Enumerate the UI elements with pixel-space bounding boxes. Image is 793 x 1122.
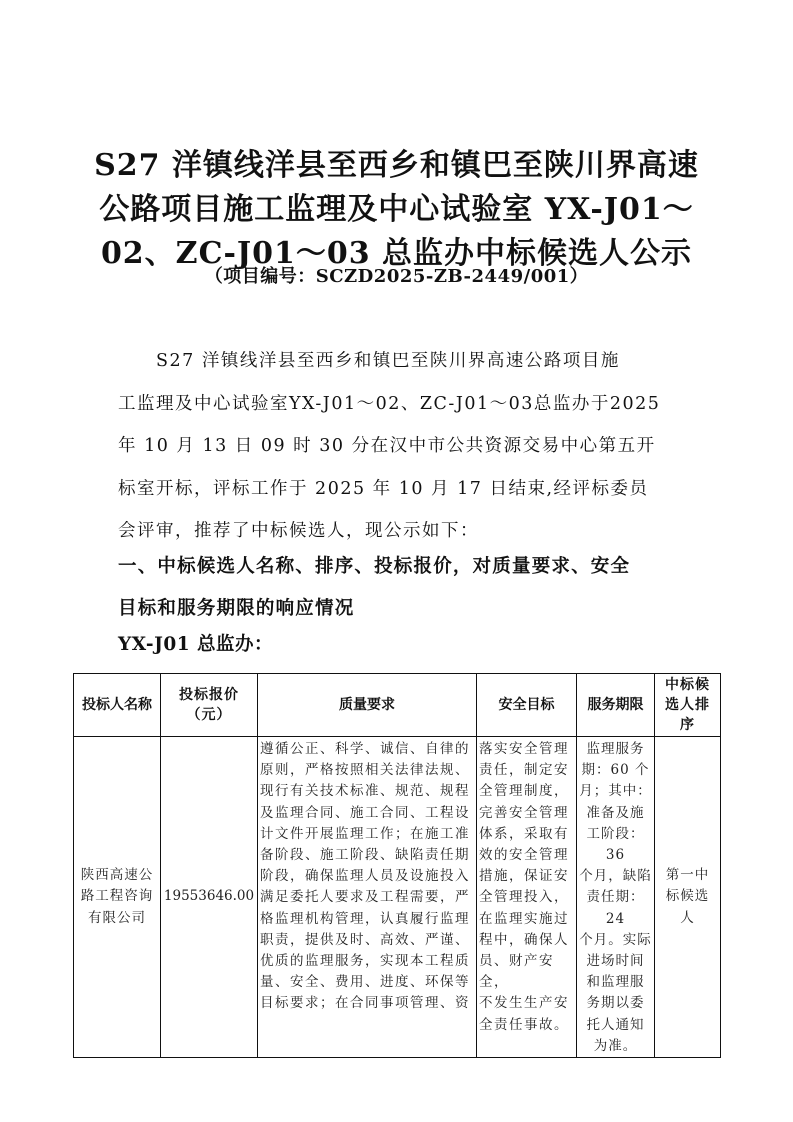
header-safety: 安全目标 bbox=[477, 674, 577, 737]
project-number: （项目编号：SCZD2025-ZB-2449/001） bbox=[0, 262, 793, 288]
intro-line: 年 10 月 13 日 09 时 30 分在汉中市公共资源交易中心第五开 bbox=[118, 425, 678, 468]
header-quality: 质量要求 bbox=[258, 674, 477, 737]
title-line-1: S27 洋镇线洋县至西乡和镇巴至陕川界高速 bbox=[0, 144, 793, 188]
header-bidder: 投标人名称 bbox=[74, 674, 161, 737]
subsection-heading: YX-J01 总监办： bbox=[118, 630, 273, 656]
title-line-2: 公路项目施工监理及中心试验室 YX-J01～ bbox=[0, 188, 793, 232]
header-service: 服务期限 bbox=[577, 674, 655, 737]
intro-paragraph: S27 洋镇线洋县至西乡和镇巴至陕川界高速公路项目施 工监理及中心试验室YX-J… bbox=[118, 340, 678, 553]
document-title: S27 洋镇线洋县至西乡和镇巴至陕川界高速 公路项目施工监理及中心试验室 YX-… bbox=[0, 144, 793, 276]
table-header-row: 投标人名称 投标报价 （元） 质量要求 安全目标 服务期限 中标候 选人排 序 bbox=[74, 674, 721, 737]
cell-rank: 第一中 标候选 人 bbox=[655, 737, 721, 1058]
cell-price: 19553646.00 bbox=[161, 737, 258, 1058]
cell-bidder: 陕西高速公 路工程咨询 有限公司 bbox=[74, 737, 161, 1058]
section-heading: 一、中标候选人名称、排序、投标报价，对质量要求、安全 目标和服务期限的响应情况 bbox=[118, 546, 683, 630]
candidate-table: 投标人名称 投标报价 （元） 质量要求 安全目标 服务期限 中标候 选人排 序 … bbox=[73, 673, 721, 1058]
table-row: 陕西高速公 路工程咨询 有限公司 19553646.00 遵循公正、科学、诚信、… bbox=[74, 737, 721, 1058]
section-heading-line: 目标和服务期限的响应情况 bbox=[118, 588, 683, 630]
intro-line: 标室开标，评标工作于 2025 年 10 月 17 日结束,经评标委员 bbox=[118, 468, 678, 511]
cell-quality: 遵循公正、科学、诚信、自律的 原则，严格按照相关法律法规、 现行有关技术标准、规… bbox=[258, 737, 477, 1058]
header-price: 投标报价 （元） bbox=[161, 674, 258, 737]
intro-line: 工监理及中心试验室YX-J01～02、ZC-J01～03总监办于2025 bbox=[118, 383, 678, 426]
section-heading-line: 一、中标候选人名称、排序、投标报价，对质量要求、安全 bbox=[118, 546, 683, 588]
cell-safety: 落实安全管理 责任，制定安 全管理制度， 完善安全管理 体系，采取有 效的安全管… bbox=[477, 737, 577, 1058]
intro-line: S27 洋镇线洋县至西乡和镇巴至陕川界高速公路项目施 bbox=[118, 340, 678, 383]
cell-service: 监理服务 期：60 个 月；其中： 准备及施 工阶段：36 个月，缺陷 责任期：… bbox=[577, 737, 655, 1058]
header-rank: 中标候 选人排 序 bbox=[655, 674, 721, 737]
